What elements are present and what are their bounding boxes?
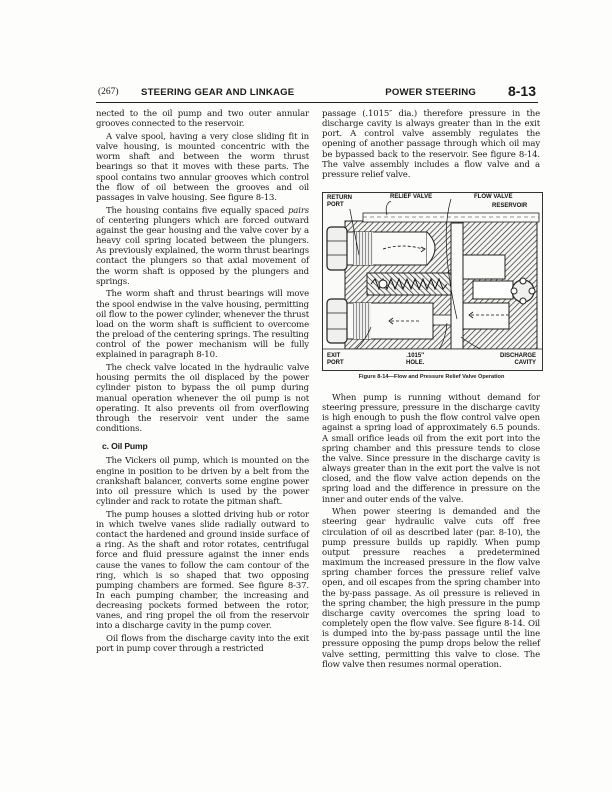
paragraph: The Vickers oil pump, which is mounted o…	[96, 456, 309, 507]
paragraph: The pump houses a slotted driving hub or…	[96, 510, 309, 632]
paragraph: The housing contains five equally spaced…	[96, 206, 309, 287]
page-number: 8-13	[508, 83, 536, 99]
paragraph: A valve spool, having a very close slidi…	[96, 132, 309, 203]
figure-caption: Figure 8-14—Flow and Pressure Relief Val…	[322, 374, 541, 380]
section-title-left: STEERING GEAR AND LINKAGE	[141, 87, 294, 98]
label-hole: .1015″ HOLE.	[405, 353, 425, 367]
label-exit-port: EXIT PORT	[326, 353, 345, 367]
subheading-oil-pump: c. Oil Pump	[102, 441, 309, 451]
label-relief-valve: RELIEF VALVE	[389, 194, 433, 201]
paragraph: passage (.1015″ dia.) therefore pressure…	[322, 109, 540, 180]
left-column: nected to the oil pump and two outer ann…	[96, 109, 309, 657]
paragraph: The worm shaft and thrust bearings will …	[96, 289, 309, 360]
emphasis-text: pairs	[288, 206, 309, 216]
page-reference: (267)	[98, 87, 119, 97]
paragraph: nected to the oil pump and two outer ann…	[96, 109, 309, 129]
right-column-top: passage (.1015″ dia.) therefore pressure…	[322, 109, 540, 183]
page-header: (267) STEERING GEAR AND LINKAGE POWER ST…	[96, 86, 538, 103]
paragraph: When pump is running without demand for …	[322, 393, 540, 505]
paragraph: Oil flows from the discharge cavity into…	[96, 634, 309, 654]
manual-page: (267) STEERING GEAR AND LINKAGE POWER ST…	[0, 0, 612, 792]
paragraph: The check valve located in the hydraulic…	[96, 363, 309, 434]
paragraph-text: The housing contains five equally spaced	[106, 206, 288, 216]
label-discharge-cavity: DISCHARGE CAVITY	[499, 353, 537, 367]
label-flow-valve: FLOW VALVE	[473, 194, 513, 201]
paragraph-text: of centering plungers which are forced o…	[96, 216, 309, 287]
right-column-bottom: When pump is running without demand for …	[322, 393, 540, 672]
label-return-port: RETURN PORT	[326, 195, 353, 209]
section-title-right: POWER STEERING	[385, 87, 476, 98]
valve-cross-section-diagram	[323, 193, 542, 370]
figure-flow-relief-valve: RETURN PORT RELIEF VALVE FLOW VALVE RESE…	[322, 192, 543, 371]
paragraph: When power steering is demanded and the …	[322, 507, 540, 670]
label-reservoir: RESERVOIR	[491, 203, 528, 210]
